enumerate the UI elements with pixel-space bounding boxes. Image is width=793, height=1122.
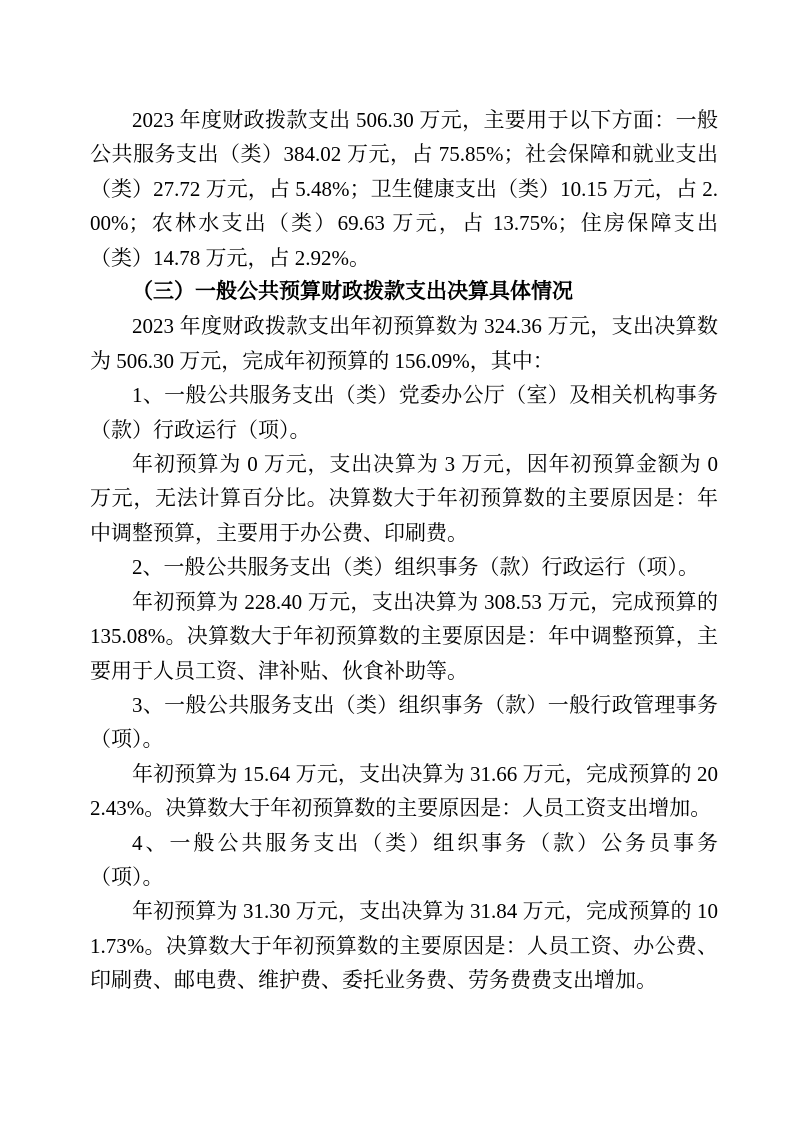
- item-2-title-paragraph: 2、一般公共服务支出（类）组织事务（款）行政运行（项）。: [90, 550, 718, 584]
- item-4-title-paragraph: 4、一般公共服务支出（类）组织事务（款）公务员事务（项）。: [90, 826, 718, 895]
- item-3-detail-paragraph: 年初预算为 15.64 万元，支出决算为 31.66 万元，完成预算的 202.…: [90, 757, 718, 826]
- item-2-detail-paragraph: 年初预算为 228.40 万元，支出决算为 308.53 万元，完成预算的 13…: [90, 585, 718, 688]
- item-1-title-paragraph: 1、一般公共服务支出（类）党委办公厅（室）及相关机构事务（款）行政运行（项）。: [90, 378, 718, 447]
- funding-overview-paragraph: 2023 年度财政拨款支出 506.30 万元，主要用于以下方面：一般公共服务支…: [90, 103, 718, 275]
- document-page: 2023 年度财政拨款支出 506.30 万元，主要用于以下方面：一般公共服务支…: [0, 0, 793, 1122]
- section-heading: （三）一般公共预算财政拨款支出决算具体情况: [90, 275, 718, 309]
- item-3-title-paragraph: 3、一般公共服务支出（类）组织事务（款）一般行政管理事务（项）。: [90, 688, 718, 757]
- item-4-detail-paragraph: 年初预算为 31.30 万元，支出决算为 31.84 万元，完成预算的 101.…: [90, 894, 718, 997]
- budget-summary-paragraph: 2023 年度财政拨款支出年初预算数为 324.36 万元，支出决算数为 506…: [90, 309, 718, 378]
- item-1-detail-paragraph: 年初预算为 0 万元，支出决算为 3 万元，因年初预算金额为 0 万元，无法计算…: [90, 447, 718, 550]
